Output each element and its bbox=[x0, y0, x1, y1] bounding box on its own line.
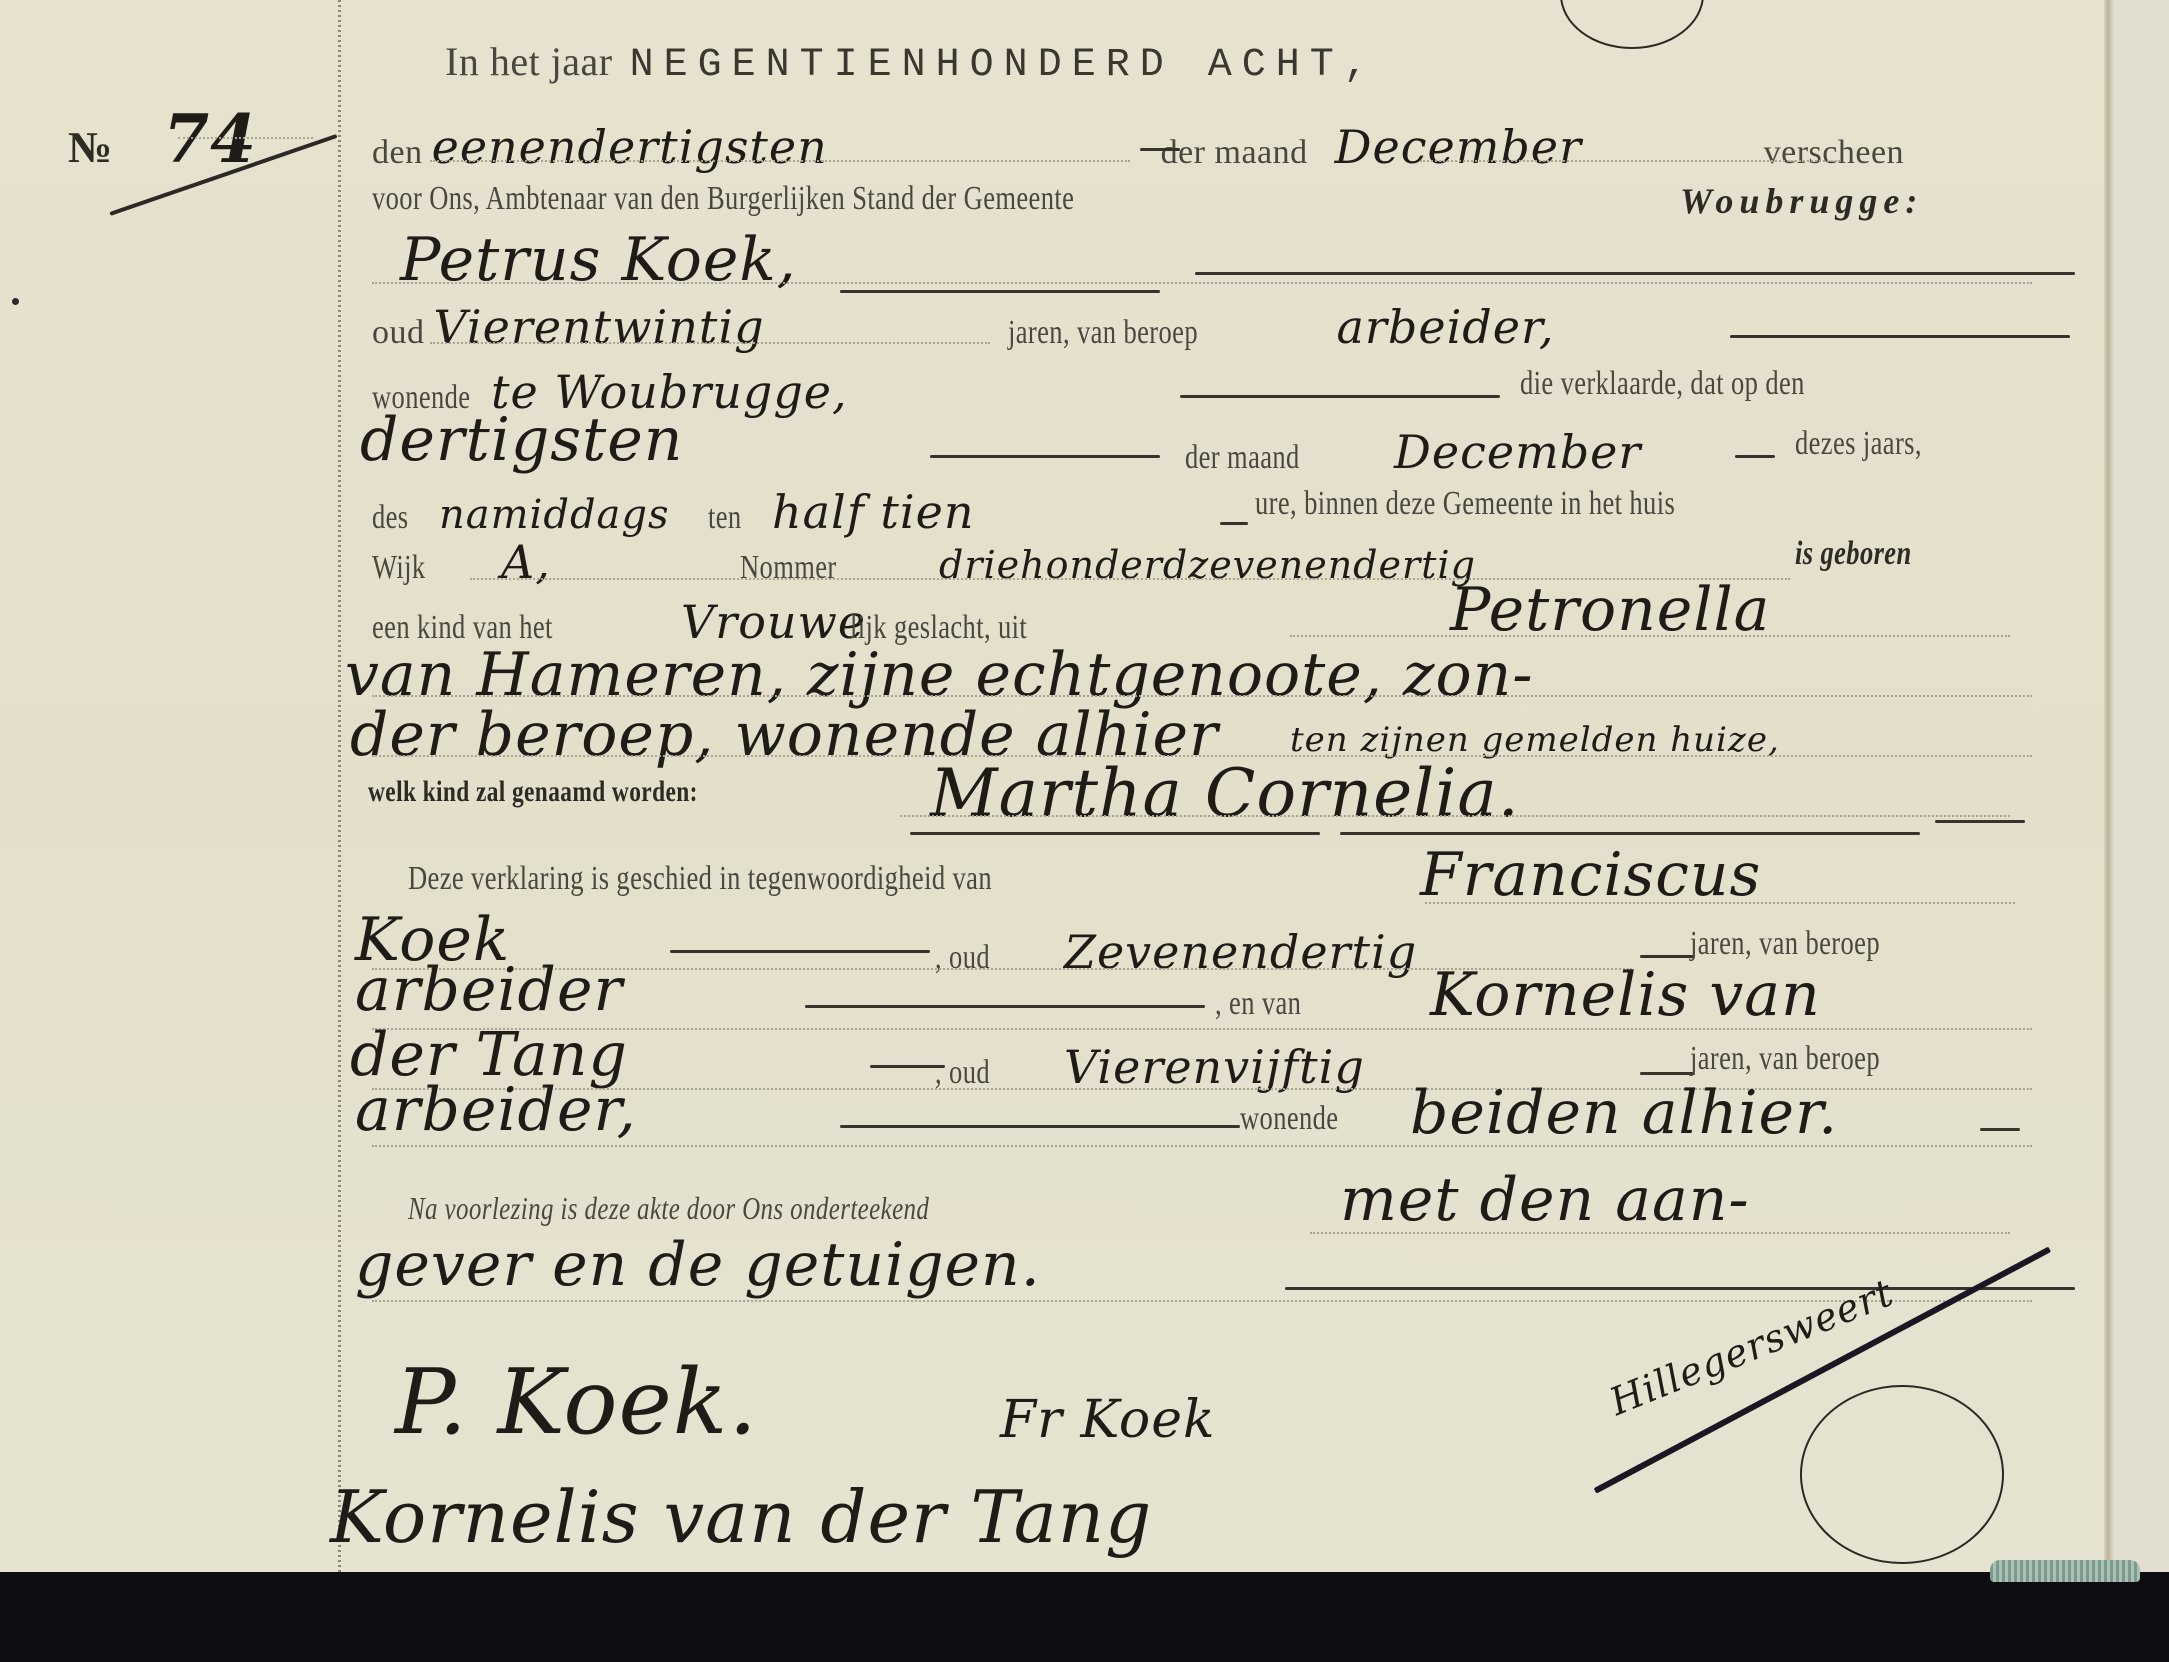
time-line: des namiddags ten half tien bbox=[372, 485, 1072, 539]
dotted-line bbox=[372, 1145, 2032, 1147]
fill-rule bbox=[1285, 1287, 2075, 1290]
fill-rule bbox=[910, 832, 1320, 835]
fill-rule bbox=[840, 290, 1160, 293]
fill-rule bbox=[870, 1065, 945, 1068]
birth-month-line: der maand December bbox=[1185, 425, 1734, 479]
signature-declarant: P. Koek. bbox=[395, 1350, 758, 1455]
address-line: Wijk A, Nommer driehonderdzevenendertig bbox=[372, 535, 1619, 589]
dotted-line bbox=[1425, 902, 2015, 904]
fill-rule bbox=[930, 455, 1160, 458]
child-name: Martha Cornelia. bbox=[930, 755, 1520, 832]
registrar-flourish bbox=[1800, 1385, 2004, 1564]
witnesses-residence: beiden alhier. bbox=[1410, 1078, 1838, 1148]
signature-witness2: Kornelis van der Tang bbox=[330, 1475, 1152, 1559]
dotted-line bbox=[430, 160, 1130, 162]
dotted-line bbox=[1310, 1232, 2010, 1234]
is-born-label: is geboren bbox=[1795, 535, 2025, 573]
fill-rule bbox=[840, 1125, 1240, 1128]
birth-hour: half tien bbox=[772, 485, 1072, 539]
registration-month: December bbox=[1335, 120, 1755, 174]
fill-rule bbox=[1180, 395, 1500, 398]
fill-rule bbox=[1140, 148, 1180, 151]
declared-label: die verklaarde, dat op den bbox=[1520, 365, 2040, 403]
record-number: № 74 bbox=[68, 100, 257, 178]
witness2-first-name: Kornelis van bbox=[1430, 960, 1821, 1030]
fill-rule bbox=[1340, 832, 1920, 835]
witness-intro: Deze verklaring is geschied in tegenwoor… bbox=[408, 860, 1408, 898]
official-line: voor Ons, Ambtenaar van den Burgerlijken… bbox=[372, 180, 1632, 218]
registration-day: eenendertigsten bbox=[432, 120, 1152, 174]
municipality: Woubrugge: bbox=[1680, 180, 1923, 222]
dotted-line bbox=[372, 695, 2032, 697]
signature-witness1: Fr Koek bbox=[1000, 1390, 1216, 1450]
perforation-line bbox=[338, 0, 341, 1572]
date-line: den eenendertigsten der maand December v… bbox=[372, 120, 1904, 174]
birth-day: dertigsten bbox=[360, 405, 683, 475]
municipality-house-label: ure, binnen deze Gemeente in het huis bbox=[1255, 485, 2025, 523]
ink-dot bbox=[12, 298, 19, 305]
declarant-occupation: arbeider, bbox=[1337, 300, 1617, 354]
year-line: In het jaar NEGENTIENHONDERD ACHT, bbox=[445, 38, 1378, 88]
adjacent-page-edge bbox=[2114, 0, 2169, 1572]
page-fold bbox=[2104, 0, 2114, 1570]
child-name-label: welk kind zal genaamd worden: bbox=[368, 775, 928, 809]
witness1-occupation: arbeider bbox=[355, 955, 623, 1025]
witness1-first-name: Franciscus bbox=[1420, 840, 1761, 910]
age-line: oud Vierentwintig jaren, van beroep arbe… bbox=[372, 300, 1617, 354]
signed-with-line2: gever en de getuigen. bbox=[355, 1230, 1041, 1300]
dotted-line bbox=[372, 1300, 2032, 1302]
dotted-line bbox=[1290, 635, 2010, 637]
declarant-name: Petrus Koek, bbox=[400, 225, 797, 295]
witness2-occupation-label: jaren, van beroep bbox=[1690, 1040, 2010, 1078]
witness1-occupation-label: jaren, van beroep bbox=[1690, 925, 2010, 963]
number-sign: № bbox=[68, 123, 112, 172]
fill-rule bbox=[1640, 1072, 1695, 1075]
dotted-line bbox=[430, 342, 990, 344]
declarant-age: Vierentwintig bbox=[434, 300, 999, 354]
fill-rule bbox=[1220, 522, 1248, 525]
time-of-day: namiddags bbox=[439, 492, 699, 538]
wijk-value: A, bbox=[501, 535, 731, 589]
fill-rule bbox=[1195, 272, 2075, 275]
witness2-occupation: arbeider, bbox=[355, 1075, 637, 1145]
fill-rule bbox=[805, 1005, 1205, 1008]
dotted-line bbox=[372, 282, 2032, 284]
dotted-line bbox=[178, 137, 313, 139]
dotted-line bbox=[1420, 160, 1840, 162]
signed-with-line1: met den aan- bbox=[1340, 1165, 1750, 1235]
reading-clause: Na voorlezing is deze akte door Ons onde… bbox=[408, 1190, 1288, 1227]
birth-month: December bbox=[1394, 425, 1734, 479]
binding-ribbon bbox=[1990, 1560, 2140, 1582]
dotted-line bbox=[900, 815, 2010, 817]
fill-rule bbox=[670, 950, 930, 953]
mother-residence-insert: ten zijnen gemelden huize, bbox=[1290, 720, 1780, 760]
fill-rule bbox=[1640, 955, 1695, 958]
witnesses-residence-label: wonende bbox=[1240, 1100, 1380, 1138]
year-in-words: NEGENTIENHONDERD ACHT, bbox=[630, 43, 1378, 88]
witness2-intro: , en van bbox=[1215, 985, 1395, 1023]
fill-rule bbox=[1980, 1128, 2020, 1131]
this-year-label: dezes jaars, bbox=[1795, 425, 2025, 463]
fill-rule bbox=[1730, 335, 2070, 338]
fill-rule bbox=[1935, 820, 2025, 823]
fill-rule bbox=[1735, 455, 1775, 458]
